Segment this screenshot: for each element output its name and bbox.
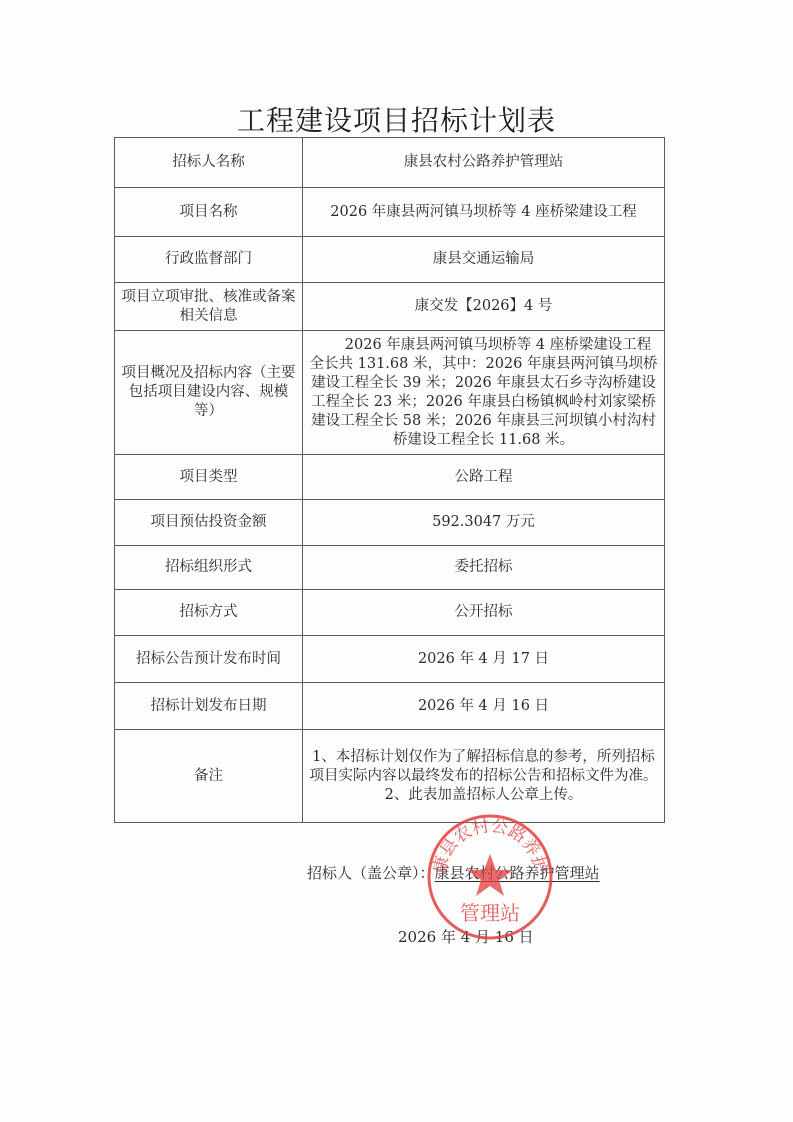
row-label: 招标公告预计发布时间 [115, 636, 303, 683]
row-label: 项目立项审批、核准或备案相关信息 [115, 283, 303, 331]
table-row: 备注 1、本招标计划仅作为了解招标信息的参考，所列招标项目实际内容以最终发布的招… [115, 730, 665, 823]
row-label: 招标组织形式 [115, 546, 303, 590]
row-value: 公开招标 [303, 590, 665, 636]
remarks-cell: 1、本招标计划仅作为了解招标信息的参考，所列招标项目实际内容以最终发布的招标公告… [303, 730, 665, 823]
table-row: 项目预估投资金额 592.3047 万元 [115, 500, 665, 546]
row-value: 2026 年康县两河镇马坝桥等 4 座桥梁建设工程全长共 131.68 米，其中… [303, 331, 665, 455]
row-label: 行政监督部门 [115, 237, 303, 283]
table-row: 项目类型 公路工程 [115, 455, 665, 500]
row-label: 招标计划发布日期 [115, 683, 303, 730]
table-row: 招标计划发布日期 2026 年 4 月 16 日 [115, 683, 665, 730]
row-label: 招标人名称 [115, 138, 303, 188]
table-row: 招标人名称 康县农村公路养护管理站 [115, 138, 665, 188]
table-row: 项目概况及招标内容（主要包括项目建设内容、规模等） 2026 年康县两河镇马坝桥… [115, 331, 665, 455]
row-label: 项目概况及招标内容（主要包括项目建设内容、规模等） [115, 331, 303, 455]
row-value: 592.3047 万元 [303, 500, 665, 546]
table-row: 项目立项审批、核准或备案相关信息 康交发【2026】4 号 [115, 283, 665, 331]
row-value: 2026 年康县两河镇马坝桥等 4 座桥梁建设工程 [303, 188, 665, 237]
row-label: 备注 [115, 730, 303, 823]
table-row: 项目名称 2026 年康县两河镇马坝桥等 4 座桥梁建设工程 [115, 188, 665, 237]
signature-date: 2026 年 4 月 16 日 [398, 926, 534, 947]
remark-line: 1、本招标计划仅作为了解招标信息的参考，所列招标项目实际内容以最终发布的招标公告… [309, 748, 658, 786]
table-row: 招标方式 公开招标 [115, 590, 665, 636]
table-row: 行政监督部门 康县交通运输局 [115, 237, 665, 283]
row-label: 项目预估投资金额 [115, 500, 303, 546]
row-value: 2026 年 4 月 16 日 [303, 683, 665, 730]
row-value: 康县交通运输局 [303, 237, 665, 283]
document-title: 工程建设项目招标计划表 [0, 99, 793, 139]
row-value: 公路工程 [303, 455, 665, 500]
seal-bottom-text: 管理站 [460, 901, 520, 925]
row-label: 项目类型 [115, 455, 303, 500]
row-label: 项目名称 [115, 188, 303, 237]
signer-label: 招标人（盖公章）： [307, 864, 435, 882]
row-value: 康交发【2026】4 号 [303, 283, 665, 331]
remark-line: 2、此表加盖招标人公章上传。 [309, 786, 658, 805]
row-value: 康县农村公路养护管理站 [303, 138, 665, 188]
signer-name: 康县农村公路养护管理站 [435, 864, 600, 882]
row-value: 2026 年 4 月 17 日 [303, 636, 665, 683]
table-row: 招标组织形式 委托招标 [115, 546, 665, 590]
signer-line: 招标人（盖公章）：康县农村公路养护管理站 [307, 862, 600, 883]
bidding-plan-table: 招标人名称 康县农村公路养护管理站 项目名称 2026 年康县两河镇马坝桥等 4… [114, 137, 665, 823]
row-label: 招标方式 [115, 590, 303, 636]
table-row: 招标公告预计发布时间 2026 年 4 月 17 日 [115, 636, 665, 683]
row-value: 委托招标 [303, 546, 665, 590]
